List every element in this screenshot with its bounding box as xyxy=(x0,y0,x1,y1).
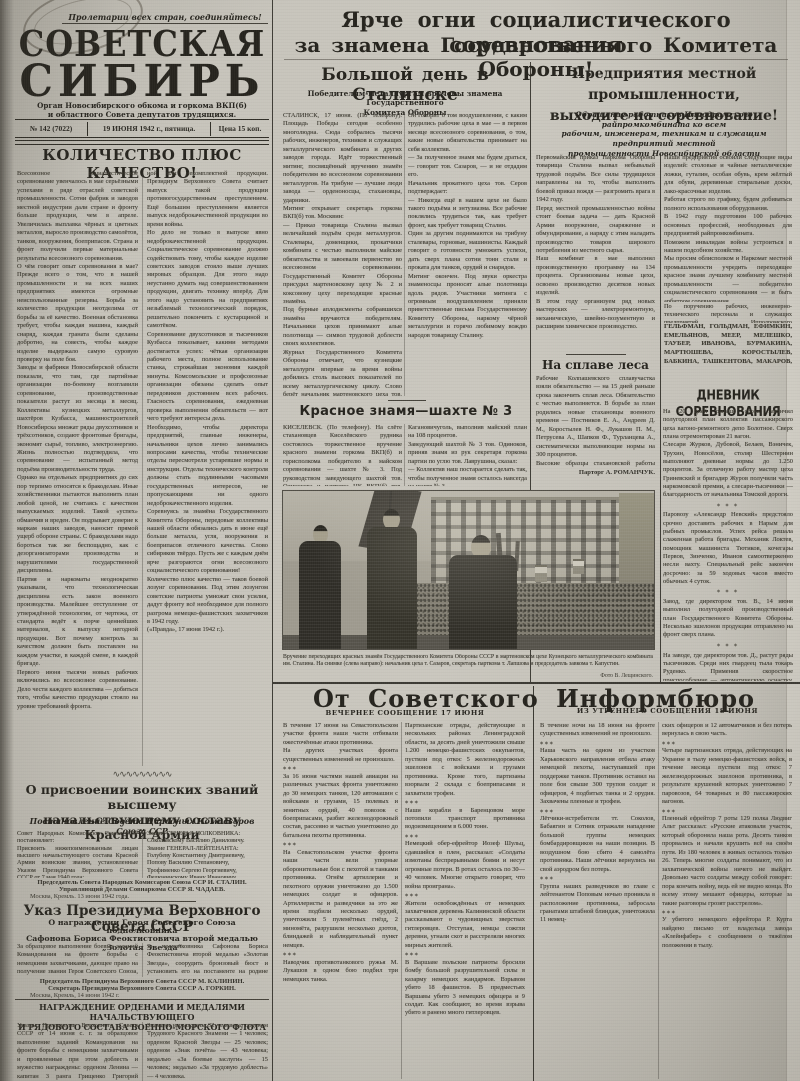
photo-caption: Вручение переходящих красных знамён Госу… xyxy=(283,654,653,673)
predpriyatiya-col1: Первомайский приказ Наркома Обороны това… xyxy=(536,154,655,348)
krasnoe-rule xyxy=(388,400,426,401)
informbyuro-col2: Партизанские отряды, действующие в неско… xyxy=(405,722,525,1079)
column-rule-left xyxy=(272,0,273,1081)
meeting-photo xyxy=(282,490,655,650)
splav-title: На сплаве леса xyxy=(536,358,655,372)
informbyuro-hairline1 xyxy=(401,722,402,1079)
krasnoe-col1: КИСЕЛЕВСК. (По телефону). На слёте стаха… xyxy=(283,424,402,486)
photo-halftone-overlay xyxy=(283,491,654,649)
predpriyatiya-signatures-names: ГЕЛЬФМАН, ГОЛЬДМАН, ЕФИМКИН, ЕМЕЛЬЯНОВ, … xyxy=(664,323,792,365)
krasnoe-col-divider xyxy=(404,424,405,486)
ukaz-col2: за подполковника Сафонова Бориса Феоктис… xyxy=(147,943,268,977)
squiggle-separator: ∿∿∿∿∿∿∿∿∿ xyxy=(92,769,192,780)
masthead-double-rule xyxy=(15,140,269,145)
nagrazhdenie-col-divider xyxy=(142,1022,143,1081)
krasnoe-col2: Кагановичуголь, выполнив майский план на… xyxy=(408,424,527,486)
stalinsk-col1: СТАЛИНСК, 17 июня. (По телефону). Площад… xyxy=(283,112,402,396)
informbyuro-morning-header: ИЗ УТРЕННЕГО СООБЩЕНИЯ 18 ИЮНЯ xyxy=(555,707,780,715)
prisvoenie-signature-1: Председатель Совета Народных Комиссаров … xyxy=(16,879,268,886)
issue-date: 19 ИЮНЯ 1942 г., пятница. xyxy=(87,122,211,136)
ukaz-col-divider xyxy=(142,943,143,977)
informbyuro-col3: В течение ночи на 18 июня на фронте суще… xyxy=(540,722,655,1079)
predpriyatiya-subtitle: Обращение работников Ипподромского райпр… xyxy=(534,110,794,158)
informbyuro-hairline2 xyxy=(658,722,659,1079)
column-rule-informbyuro xyxy=(533,686,534,1081)
predpriyatiya-col2: Наши предприятия освоили следующие виды … xyxy=(664,154,792,302)
issue-number: № 142 (7022) xyxy=(15,124,87,133)
issue-bar: № 142 (7022) 19 ИЮНЯ 1942 г., пятница. Ц… xyxy=(15,119,269,138)
kolichestvo-col-divider xyxy=(142,172,143,766)
splav-body: Рабочие Колпашевского сплавучастка взяли… xyxy=(536,375,655,469)
kolichestvo-col1: Всесоюзное социалистическое соревнование… xyxy=(17,170,138,768)
splav-signature: Парторг А. РОМАНЧУК. xyxy=(536,469,655,476)
informbyuro-evening-header: ВЕЧЕРНЕЕ СООБЩЕНИЕ 17 ИЮНЯ xyxy=(295,709,515,717)
informbyuro-col1: В течение 17 июня на Севастопольском уча… xyxy=(283,722,398,1079)
dnevnik-item: На 20 дней раньше срока закончил полугод… xyxy=(663,408,793,500)
dnevnik-item: Завод, где директором тов. В., 14 июня в… xyxy=(663,588,793,639)
nagrazhdenie-top-rule xyxy=(15,999,269,1000)
ukaz-col1: За образцовое выполнение боевых заданий … xyxy=(17,943,138,977)
nagrazhdenie-col1: Указом Президиума Верховного Совета СССР… xyxy=(17,1022,138,1081)
newspaper-title-line2: СИБИРЬ xyxy=(16,55,268,106)
dnevnik-item: Паровозу «Александр Невский» предстояло … xyxy=(663,502,793,587)
prisvoenie-col2: Звание ГЕНЕРАЛ-ПОЛКОВНИКА: Соколовскому … xyxy=(147,830,268,878)
informbyuro-col4: ских офицеров и 12 автоматчиков и без по… xyxy=(662,722,792,1079)
dnevnik-item: На заводе, где директором тов. Д., расту… xyxy=(663,642,793,681)
splav-rule xyxy=(566,354,626,355)
masthead: Пролетарии всех стран, соединяйтесь! СОВ… xyxy=(14,0,270,146)
prisvoenie-col-divider xyxy=(142,830,143,878)
issue-price: Цена 15 коп. xyxy=(211,124,269,133)
nagrazhdenie-col2: Знамени награждены 32 человека; орденом … xyxy=(147,1022,268,1081)
predpriyatiya-signatures-intro: По поручению рабочих, инженерно-техничес… xyxy=(664,303,792,323)
scan-left-edge xyxy=(0,0,14,1081)
stalinsk-col2: Он говорит о том воодушевлении, с каким … xyxy=(408,112,527,396)
banner-rule xyxy=(284,59,788,60)
masthead-organ-line: Орган Новосибирского обкома и горкома ВК… xyxy=(16,101,268,119)
stalinsk-col-divider xyxy=(404,112,405,396)
ukaz-signature-2: Секретарь Президиума Верховного Совета С… xyxy=(16,985,268,992)
prisvoenie-place-date: Москва, Кремль. 13 июня 1942 года. xyxy=(30,893,250,900)
ukaz-signature-1: Председатель Президиума Верховного Совет… xyxy=(16,978,268,985)
photo-credit: Фото В. Лещинского. xyxy=(460,673,653,679)
prisvoenie-signature-2: Управляющий Делами Совнаркома СССР Я. ЧА… xyxy=(16,886,268,893)
dnevnik-items: На 20 дней раньше срока закончил полугод… xyxy=(663,408,793,681)
krasnoe-title: Красное знамя—шахте № 3 xyxy=(286,404,526,419)
kolichestvo-col2: ной или некомплектной продукции. Президи… xyxy=(147,170,268,768)
newspaper-page: Пролетарии всех стран, соединяйтесь! СОВ… xyxy=(0,0,800,1081)
prisvoenie-col1: Совет Народных Комиссаров Союза ССР пост… xyxy=(17,830,138,878)
ukaz-top-rule xyxy=(88,901,196,902)
ukaz-place-date: Москва, Кремль, 14 июня 1942 г. xyxy=(30,992,250,999)
